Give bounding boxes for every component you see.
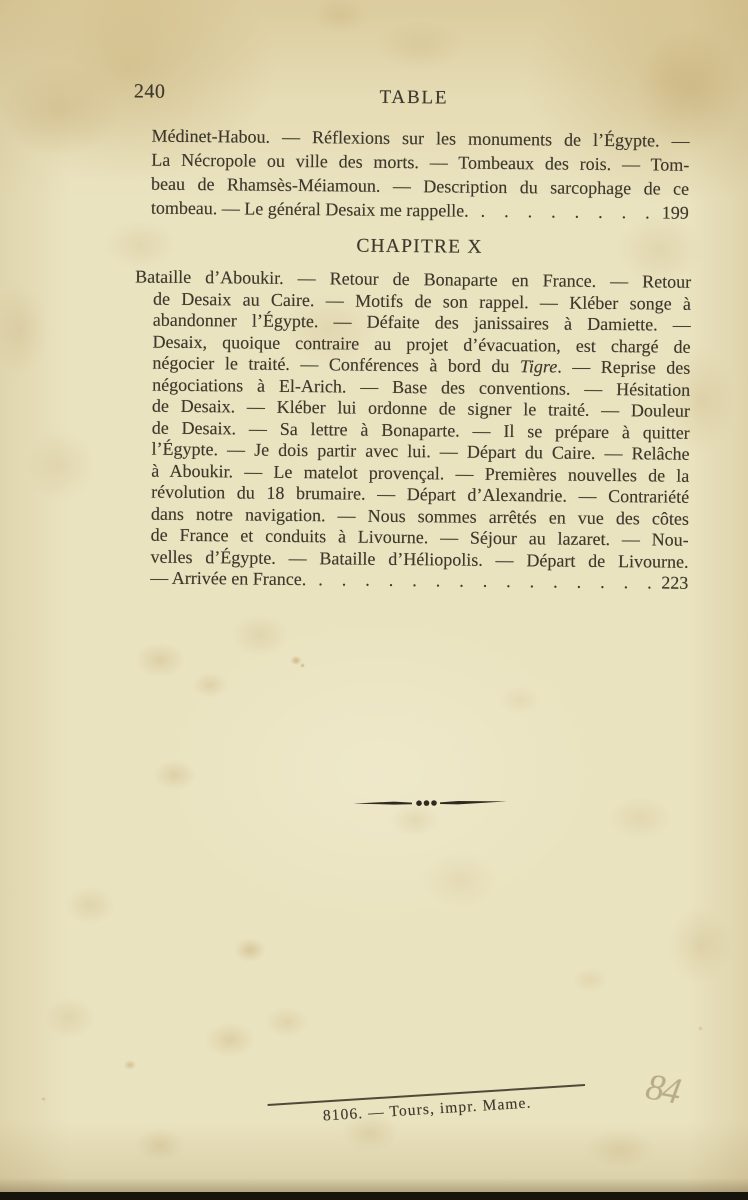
page-number: 240	[134, 80, 166, 103]
toc-line-text: — Arrivée en France.	[150, 568, 306, 591]
paper-stain	[40, 1096, 47, 1102]
paper-stain	[121, 1058, 139, 1072]
toc-line-text: tombeau. — Le général Desaix me rappelle…	[151, 196, 469, 223]
divider-dot	[424, 800, 430, 806]
line-segment: négocier le traité. — Conférences à bord…	[152, 353, 520, 377]
paper-stain	[125, 1121, 195, 1169]
book-page-scan: 240 TABLE Médinet-Habou. — Réflexions su…	[0, 0, 748, 1200]
divider-dot	[431, 800, 437, 806]
page-ref: 223	[659, 573, 688, 595]
italic-ship-name: Tigre	[520, 356, 558, 376]
running-title: TABLE	[379, 87, 448, 110]
divider-right-taper	[440, 801, 507, 804]
paper-stain	[565, 962, 615, 998]
dot-leader: ........................................	[306, 569, 659, 594]
line-segment: . — Reprise des	[557, 357, 690, 378]
paper-stain	[697, 1025, 704, 1032]
toc-line: — Arrivée en France.....................…	[150, 568, 688, 595]
scan-edge-bottom	[0, 1192, 748, 1200]
dot-leader: ........................................	[469, 199, 660, 225]
imprint-footer: 8106. — Tours, impr. Mame.	[266, 1084, 589, 1129]
section-divider-ornament	[352, 796, 508, 810]
toc-entry-continued: Médinet-Habou. — Réflexions sur les monu…	[151, 124, 690, 225]
paper-stain	[655, 890, 745, 1000]
divider-dot	[416, 800, 422, 806]
printed-text-block: 240 TABLE Médinet-Habou. — Réflexions su…	[0, 0, 748, 903]
paper-stain	[35, 988, 105, 1048]
paper-stain	[257, 1000, 317, 1044]
paper-stain	[228, 933, 272, 967]
divider-left-taper	[353, 802, 412, 805]
chapter-heading: CHAPITRE X	[356, 236, 483, 259]
toc-entry-chapter-x: Bataille d’Aboukir. — Retour de Bonapart…	[132, 266, 691, 594]
handwritten-mark: 84	[643, 1065, 683, 1113]
imprint-text: 8106. — Tours, impr. Mame.	[266, 1091, 588, 1129]
toc-line: tombeau. — Le général Desaix me rappelle…	[151, 196, 689, 225]
paper-stain	[570, 1121, 670, 1176]
page-ref: 199	[660, 200, 689, 224]
paper-stain	[195, 1015, 265, 1065]
